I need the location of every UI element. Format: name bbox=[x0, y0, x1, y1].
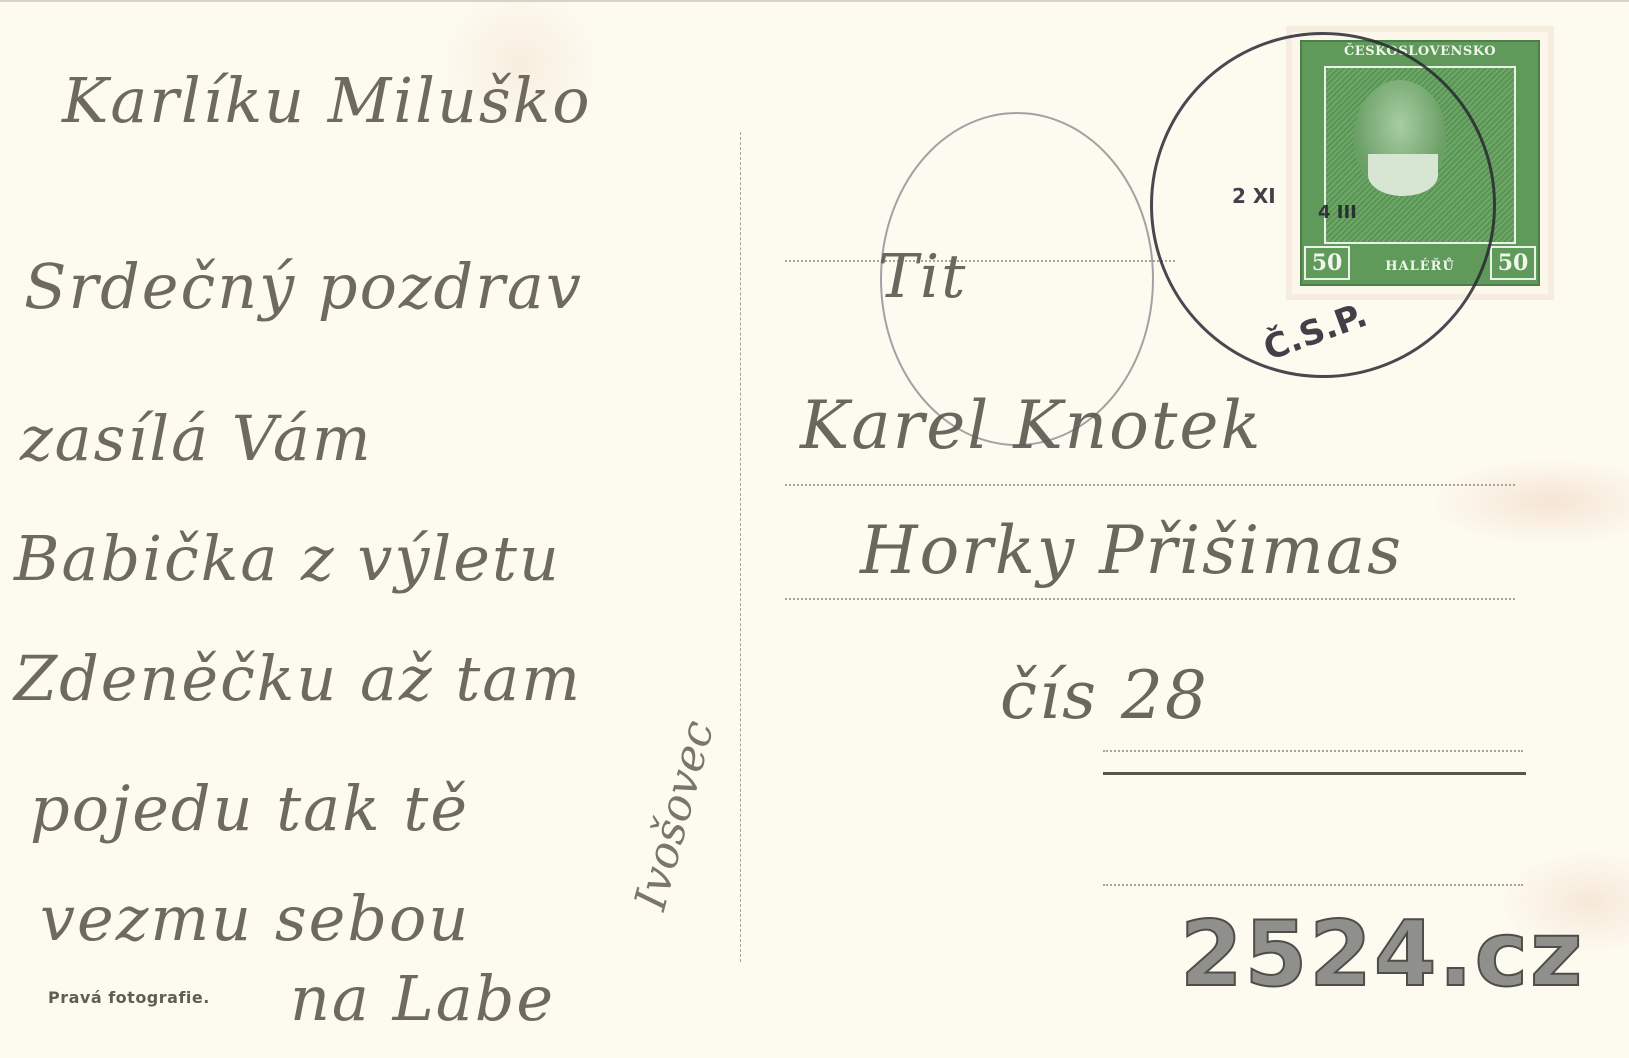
margin-note: Ivošovec bbox=[625, 715, 724, 915]
address-line-rule bbox=[1103, 750, 1523, 752]
message-line: Srdečný pozdrav bbox=[24, 250, 583, 323]
message-line: pojedu tak tě bbox=[30, 772, 469, 845]
message-line: Zdeněčku až tam bbox=[14, 642, 582, 715]
address-line-rule bbox=[1103, 884, 1523, 886]
address-line-rule bbox=[785, 598, 1515, 600]
message-line: zasílá Vám bbox=[20, 402, 373, 475]
message-line: Karlíku Miluško bbox=[62, 64, 592, 137]
message-line: Babička z výletu bbox=[14, 522, 561, 595]
postmark-date: 2 XI bbox=[1232, 184, 1276, 208]
message-line: na Labe bbox=[290, 962, 555, 1035]
printed-label: Pravá fotografie. bbox=[48, 988, 210, 1007]
watermark: 2524.cz bbox=[1180, 902, 1584, 1007]
postmark-faint bbox=[880, 112, 1154, 446]
postmark-line2: 4 III bbox=[1318, 202, 1357, 223]
center-divider bbox=[740, 132, 741, 962]
address-underline bbox=[1103, 772, 1526, 775]
address-line-rule bbox=[785, 484, 1515, 486]
address-line: Horky Přišimas bbox=[860, 512, 1403, 589]
postcard: Karlíku Miluško Srdečný pozdrav zasílá V… bbox=[0, 0, 1629, 1058]
message-line: vezmu sebou bbox=[40, 882, 470, 955]
address-line: čís 28 bbox=[1000, 657, 1209, 734]
